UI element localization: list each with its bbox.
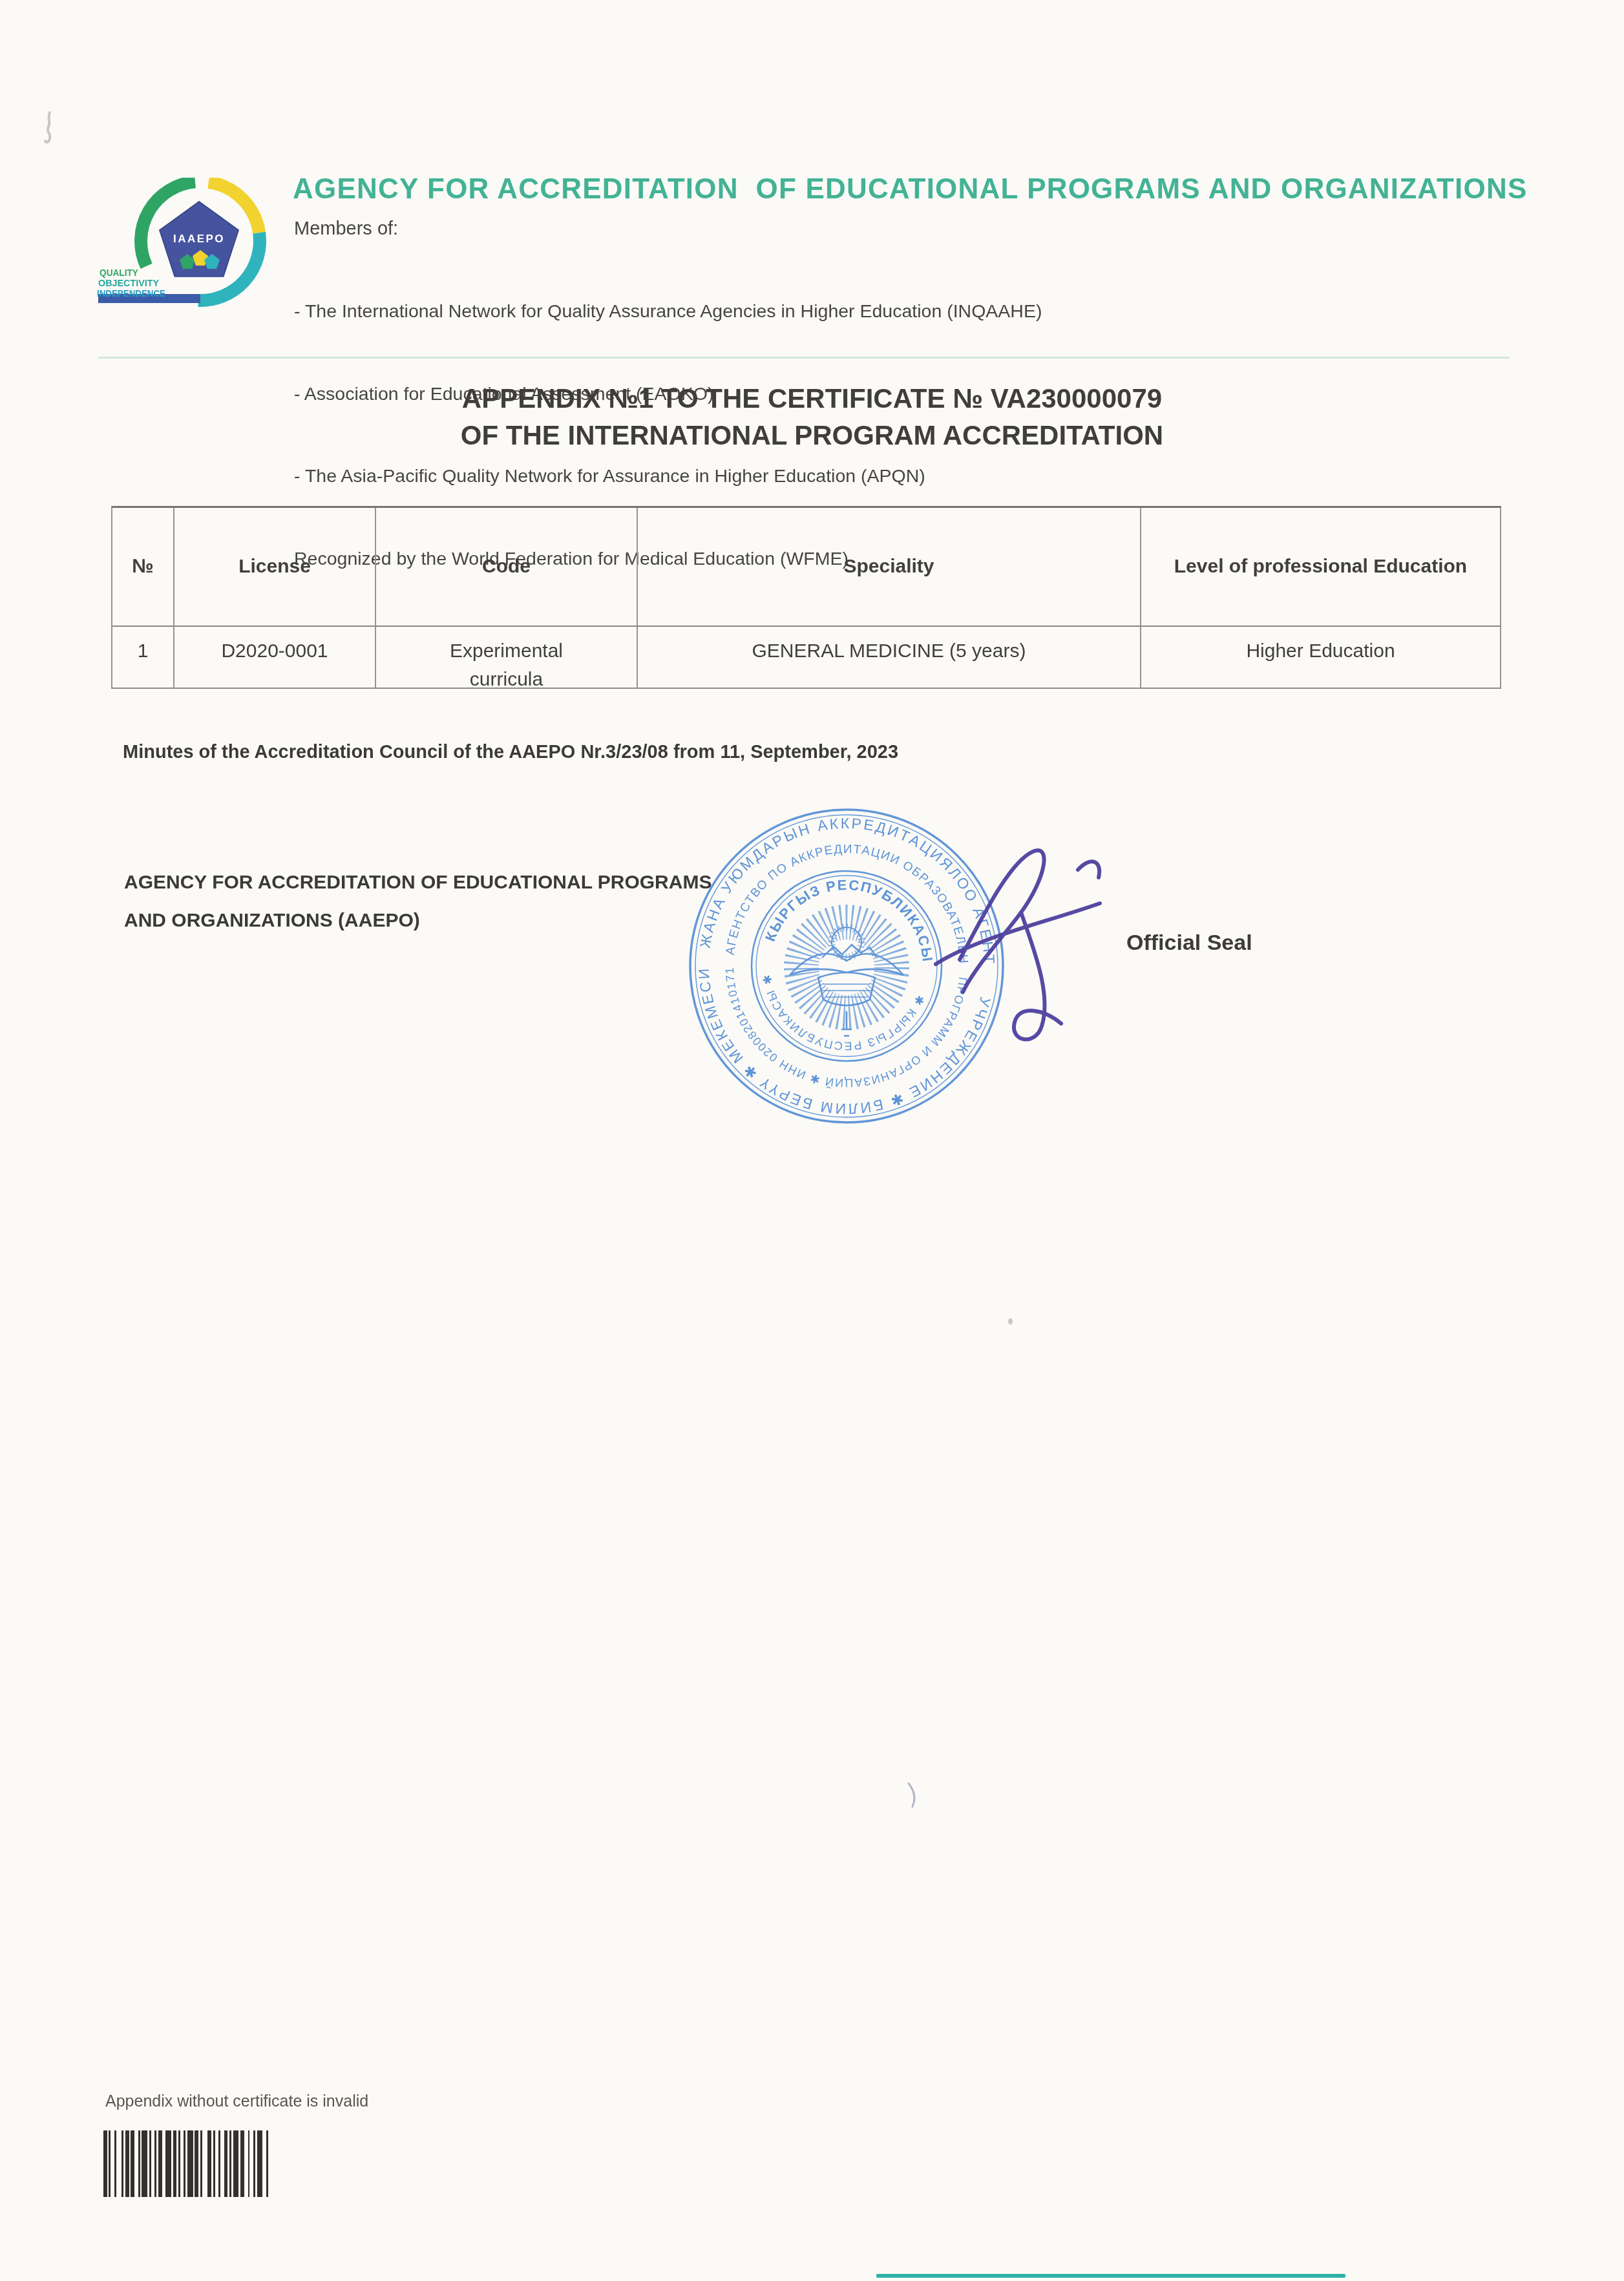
row-cell-code: Experimental curricula xyxy=(376,627,638,689)
agency-title: AGENCY FOR ACCREDITATION OF EDUCATIONAL … xyxy=(293,173,1527,205)
signature-icon xyxy=(924,827,1118,1060)
scan-smudge xyxy=(36,110,65,149)
member-item: - The International Network for Quality … xyxy=(294,298,1042,326)
logo-word-quality: QUALITY xyxy=(100,268,138,279)
row-cell-speciality: GENERAL MEDICINE (5 years) xyxy=(638,627,1141,689)
barcode-gap xyxy=(116,2130,122,2197)
header-divider xyxy=(98,357,1510,359)
barcode xyxy=(103,2130,270,2197)
scan-speck xyxy=(1008,1318,1013,1325)
barcode-bar xyxy=(165,2130,171,2197)
row-cell-license: D2020-0001 xyxy=(174,627,376,689)
certificate-appendix-page: IAAEPO QUALITY OBJECTIVITY INDEPENDENCE … xyxy=(0,0,1624,2281)
document-title-line2: OF THE INTERNATIONAL PROGRAM ACCREDITATI… xyxy=(0,417,1624,454)
row-cell-no: 1 xyxy=(112,627,174,689)
seal-ring-inner-top: КЫРГЫЗ РЕСПУБЛИКАСЫ xyxy=(762,877,936,963)
row-cell-level: Higher Education xyxy=(1141,627,1501,689)
members-label: Members of: xyxy=(294,218,398,240)
barcode-bar xyxy=(257,2130,263,2197)
scan-pen-mark xyxy=(903,1781,923,1809)
barcode-bar xyxy=(142,2130,147,2197)
col-header-license: License xyxy=(174,508,376,627)
barcode-gap xyxy=(202,2130,208,2197)
footer-note: Appendix without certificate is invalid xyxy=(105,2092,368,2111)
row-cell-code-value: Experimental curricula xyxy=(429,637,584,694)
barcode-gap xyxy=(268,2130,270,2197)
agency-name-line2: AND ORGANIZATIONS (AAEPO) xyxy=(124,901,712,940)
col-header-speciality: Speciality xyxy=(638,508,1141,627)
col-header-level: Level of professional Education xyxy=(1141,508,1501,627)
logo-acronym: IAAEPO xyxy=(173,233,225,245)
agency-name-line1: AGENCY FOR ACCREDITATION OF EDUCATIONAL … xyxy=(124,863,712,901)
barcode-bar xyxy=(187,2130,193,2197)
agency-name-block: AGENCY FOR ACCREDITATION OF EDUCATIONAL … xyxy=(124,863,712,940)
minutes-line: Minutes of the Accreditation Council of … xyxy=(123,742,898,763)
document-title-line1: APPENDIX №1 TO THE CERTIFICATE № VA23000… xyxy=(0,380,1624,417)
col-header-code: Code xyxy=(376,508,638,627)
aaepo-logo-icon: IAAEPO QUALITY OBJECTIVITY INDEPENDENCE xyxy=(97,178,310,317)
document-title: APPENDIX №1 TO THE CERTIFICATE № VA23000… xyxy=(0,380,1624,454)
logo-word-independence: INDEPENDENCE xyxy=(97,288,165,299)
member-item: - The Asia-Pacific Quality Network for A… xyxy=(294,463,1042,490)
official-seal-label: Official Seal xyxy=(1126,930,1252,956)
logo-word-objectivity: OBJECTIVITY xyxy=(98,278,159,289)
accreditation-table: № License Code Speciality Level of profe… xyxy=(111,506,1501,689)
bottom-accent-line xyxy=(876,2274,1345,2278)
col-header-no: № xyxy=(112,508,174,627)
barcode-bar xyxy=(233,2130,239,2197)
svg-text:КЫРГЫЗ РЕСПУБЛИКАСЫ: КЫРГЫЗ РЕСПУБЛИКАСЫ xyxy=(762,877,936,963)
